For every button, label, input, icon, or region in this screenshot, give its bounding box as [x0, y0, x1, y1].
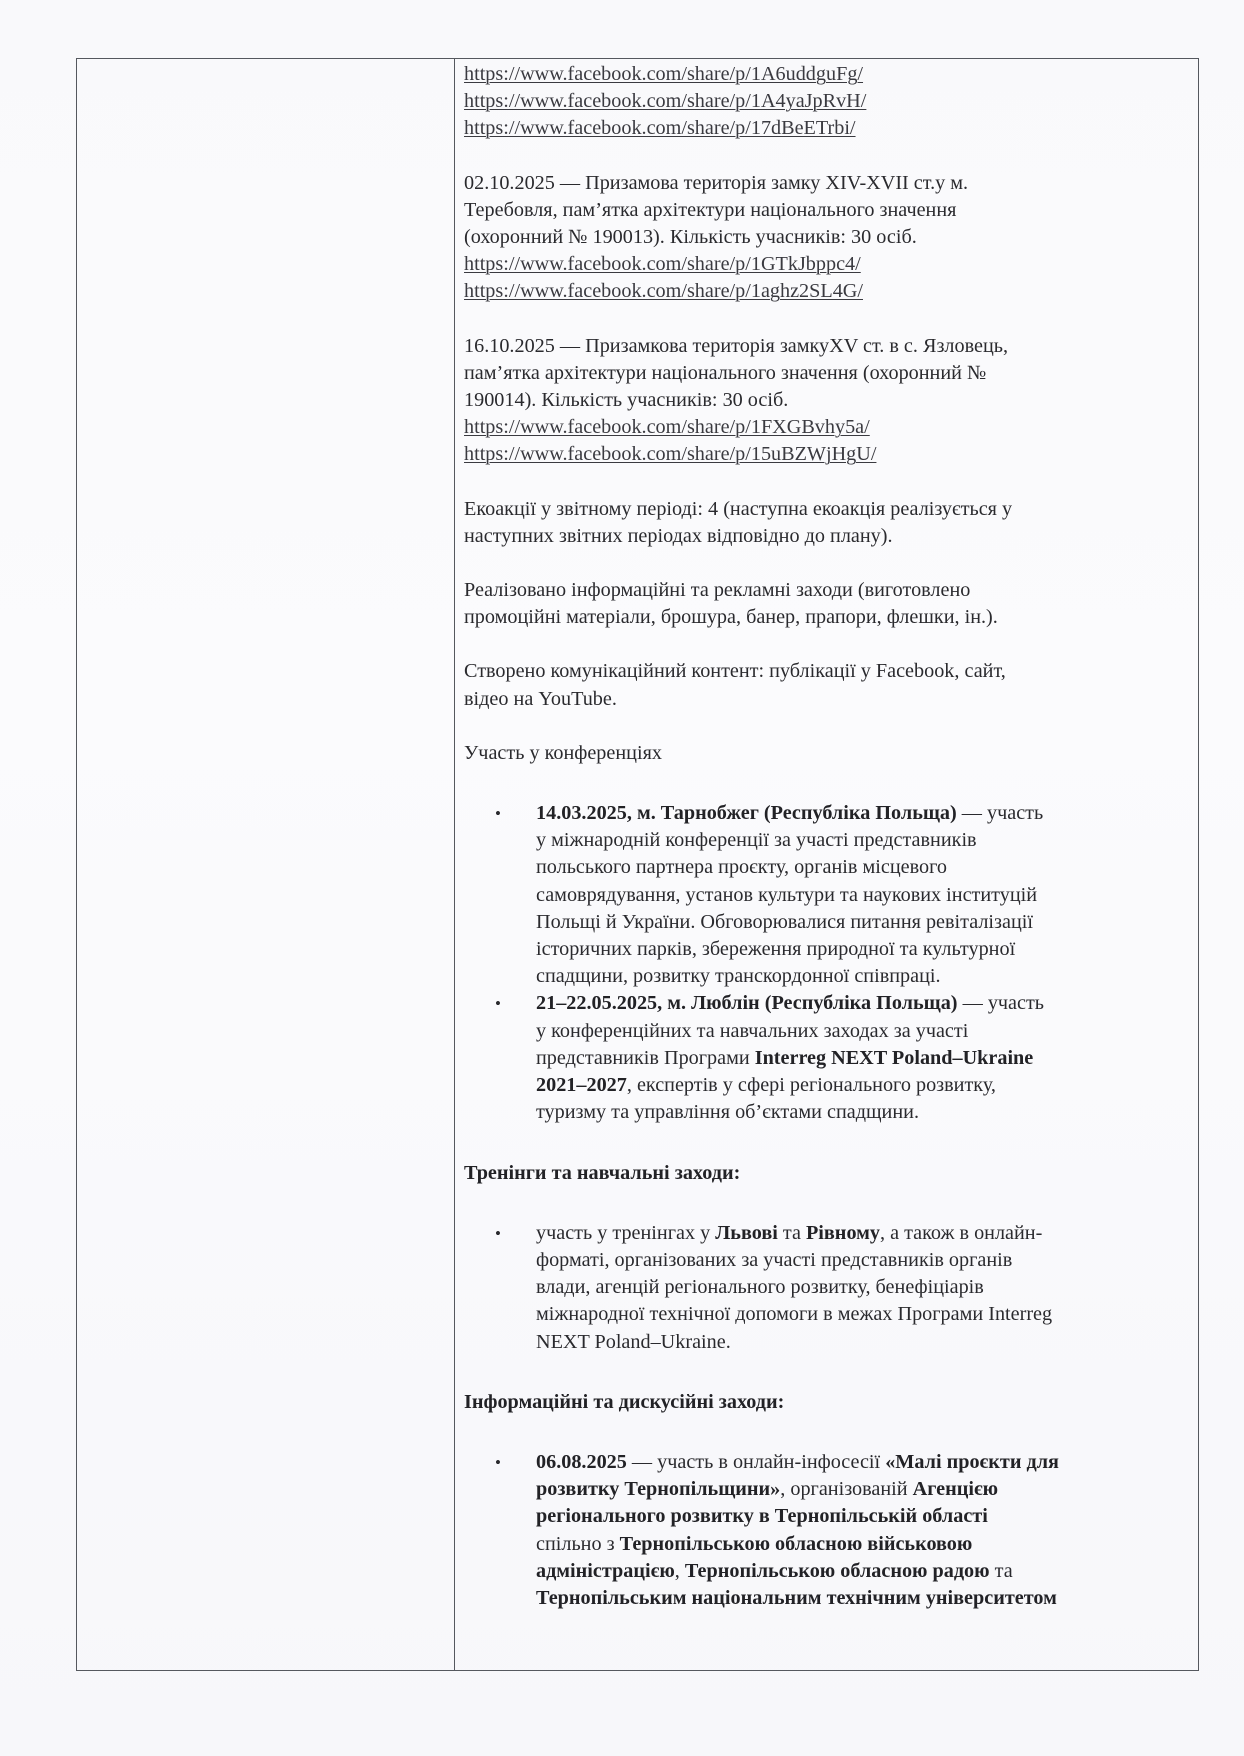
session-date: 06.08.2025: [536, 1451, 627, 1473]
trainings-heading: Тренінги та навчальні заходи:: [464, 1160, 1190, 1187]
event-text: Теребовля, пам’ятка архітектури націонал…: [464, 197, 1190, 224]
conference-text: — участь: [957, 802, 1043, 824]
paragraph-line: Екоакції у звітному періоді: 4 (наступна…: [464, 496, 1190, 523]
trainings-list: • участь у тренінгах у Львові та Рівному…: [464, 1220, 1190, 1356]
session-text: спільно з: [536, 1533, 620, 1555]
city-rivne: Рівному: [806, 1222, 880, 1244]
organizer-name: Тернопільським національним технічним ун…: [536, 1587, 1057, 1609]
info-measures-paragraph: Реалізовано інформаційні та рекламні зах…: [464, 577, 1190, 631]
event-text: пам’ятка архітектури національного значе…: [464, 360, 1190, 387]
facebook-link[interactable]: https://www.facebook.com/share/p/17dBeET…: [464, 115, 1190, 142]
event-text: (охоронний № 190013). Кількість учасникі…: [464, 224, 1190, 251]
organizer-name: регіонального розвитку в Тернопільській …: [536, 1505, 988, 1527]
training-text: участь у тренінгах у: [536, 1222, 715, 1244]
paragraph-line: наступних звітних періодах відповідно до…: [464, 523, 1190, 550]
top-links: https://www.facebook.com/share/p/1A6uddg…: [464, 61, 1190, 143]
paragraph-line: відео на YouTube.: [464, 686, 1190, 713]
city-lviv: Львові: [715, 1222, 778, 1244]
conference-text: — участь: [958, 992, 1044, 1014]
conference-text: у міжнародній конференції за участі пред…: [536, 827, 1190, 854]
conference-text: історичних парків, збереження природної …: [536, 936, 1190, 963]
session-title: розвитку Тернопільщини»: [536, 1478, 780, 1500]
facebook-link[interactable]: https://www.facebook.com/share/p/1A6uddg…: [464, 61, 1190, 88]
program-name: Interreg NEXT Poland–Ukraine: [755, 1047, 1034, 1069]
session-text: , організованій: [780, 1478, 912, 1500]
conference-text: Польщі й України. Обговорювалися питання…: [536, 909, 1190, 936]
training-text: форматі, організованих за участі предста…: [536, 1247, 1190, 1274]
facebook-link[interactable]: https://www.facebook.com/share/p/1aghz2S…: [464, 278, 1190, 305]
bullet-icon: •: [495, 800, 501, 827]
organizer-name: Тернопільською обласною радою: [685, 1560, 990, 1582]
eco-actions-summary: Екоакції у звітному періоді: 4 (наступна…: [464, 496, 1190, 550]
organizer-name: Агенцією: [913, 1478, 998, 1500]
conferences-heading: Участь у конференціях: [464, 740, 1190, 767]
conference-text: представників Програми: [536, 1047, 755, 1069]
info-discussion-heading: Інформаційні та дискусійні заходи:: [464, 1389, 1190, 1416]
session-text: та: [990, 1560, 1013, 1582]
info-discussion-list: • 06.08.2025 — участь в онлайн-інфосесії…: [464, 1449, 1190, 1612]
list-item: • участь у тренінгах у Львові та Рівному…: [536, 1220, 1190, 1356]
training-text: та: [778, 1222, 806, 1244]
conference-text: спадщини, розвитку транскордонної співпр…: [536, 963, 1190, 990]
trainings-section: Тренінги та навчальні заходи: • участь у…: [464, 1160, 1190, 1356]
conference-text: , експертів у сфері регіонального розвит…: [627, 1074, 996, 1096]
list-item: • 14.03.2025, м. Тарнобжег (Республіка П…: [536, 800, 1190, 990]
paragraph-line: Створено комунікаційний контент: публіка…: [464, 658, 1190, 685]
conference-text: самоврядування, установ культури та наук…: [536, 882, 1190, 909]
conference-text: у конференційних та навчальних заходах з…: [536, 1018, 1190, 1045]
communication-content-paragraph: Створено комунікаційний контент: публіка…: [464, 658, 1190, 712]
table-left-column: [77, 59, 455, 1670]
document-page: https://www.facebook.com/share/p/1A6uddg…: [0, 0, 1244, 1756]
conferences-section: Участь у конференціях • 14.03.2025, м. Т…: [464, 740, 1190, 1127]
training-text: , а також в онлайн-: [880, 1222, 1042, 1244]
eco-event-teresbovlia: 02.10.2025 — Призамова територія замку X…: [464, 170, 1190, 306]
training-text: міжнародної технічної допомоги в межах П…: [536, 1301, 1190, 1328]
bullet-icon: •: [495, 990, 501, 1017]
eco-event-yazlovets: 16.10.2025 — Призамкова територія замкуX…: [464, 333, 1190, 469]
list-item: • 06.08.2025 — участь в онлайн-інфосесії…: [536, 1449, 1190, 1612]
list-item: • 21–22.05.2025, м. Люблін (Республіка П…: [536, 990, 1190, 1126]
facebook-link[interactable]: https://www.facebook.com/share/p/1FXGBvh…: [464, 414, 1190, 441]
paragraph-line: Реалізовано інформаційні та рекламні зах…: [464, 577, 1190, 604]
conference-text: туризму та управління об’єктами спадщини…: [536, 1099, 1190, 1126]
session-text: ,: [675, 1560, 685, 1582]
conference-date-place: 21–22.05.2025, м. Люблін (Республіка Пол…: [536, 992, 958, 1014]
table-right-column: https://www.facebook.com/share/p/1A6uddg…: [455, 59, 1198, 1670]
facebook-link[interactable]: https://www.facebook.com/share/p/1A4yaJp…: [464, 88, 1190, 115]
program-years: 2021–2027: [536, 1074, 627, 1096]
paragraph-line: промоційні матеріали, брошура, банер, пр…: [464, 604, 1190, 631]
conferences-list: • 14.03.2025, м. Тарнобжег (Республіка П…: [464, 800, 1190, 1126]
event-text: 16.10.2025 — Призамкова територія замкуX…: [464, 333, 1190, 360]
session-text: — участь в онлайн-інфосесії: [627, 1451, 885, 1473]
session-title: «Малі проєкти для: [885, 1451, 1059, 1473]
info-discussion-section: Інформаційні та дискусійні заходи: • 06.…: [464, 1389, 1190, 1612]
bullet-icon: •: [495, 1220, 501, 1247]
facebook-link[interactable]: https://www.facebook.com/share/p/1GTkJbp…: [464, 251, 1190, 278]
training-text: влади, агенцій регіонального розвитку, б…: [536, 1274, 1190, 1301]
report-table: https://www.facebook.com/share/p/1A6uddg…: [76, 58, 1199, 1671]
bullet-icon: •: [495, 1449, 501, 1476]
conference-text: польського партнера проєкту, органів міс…: [536, 854, 1190, 881]
training-text: NEXT Poland–Ukraine.: [536, 1329, 1190, 1356]
facebook-link[interactable]: https://www.facebook.com/share/p/15uBZWj…: [464, 441, 1190, 468]
organizer-name: адміністрацією: [536, 1560, 675, 1582]
organizer-name: Тернопільською обласною військовою: [620, 1533, 973, 1555]
event-text: 190014). Кількість учасників: 30 осіб.: [464, 387, 1190, 414]
conference-date-place: 14.03.2025, м. Тарнобжег (Республіка Пол…: [536, 802, 957, 824]
event-text: 02.10.2025 — Призамова територія замку X…: [464, 170, 1190, 197]
